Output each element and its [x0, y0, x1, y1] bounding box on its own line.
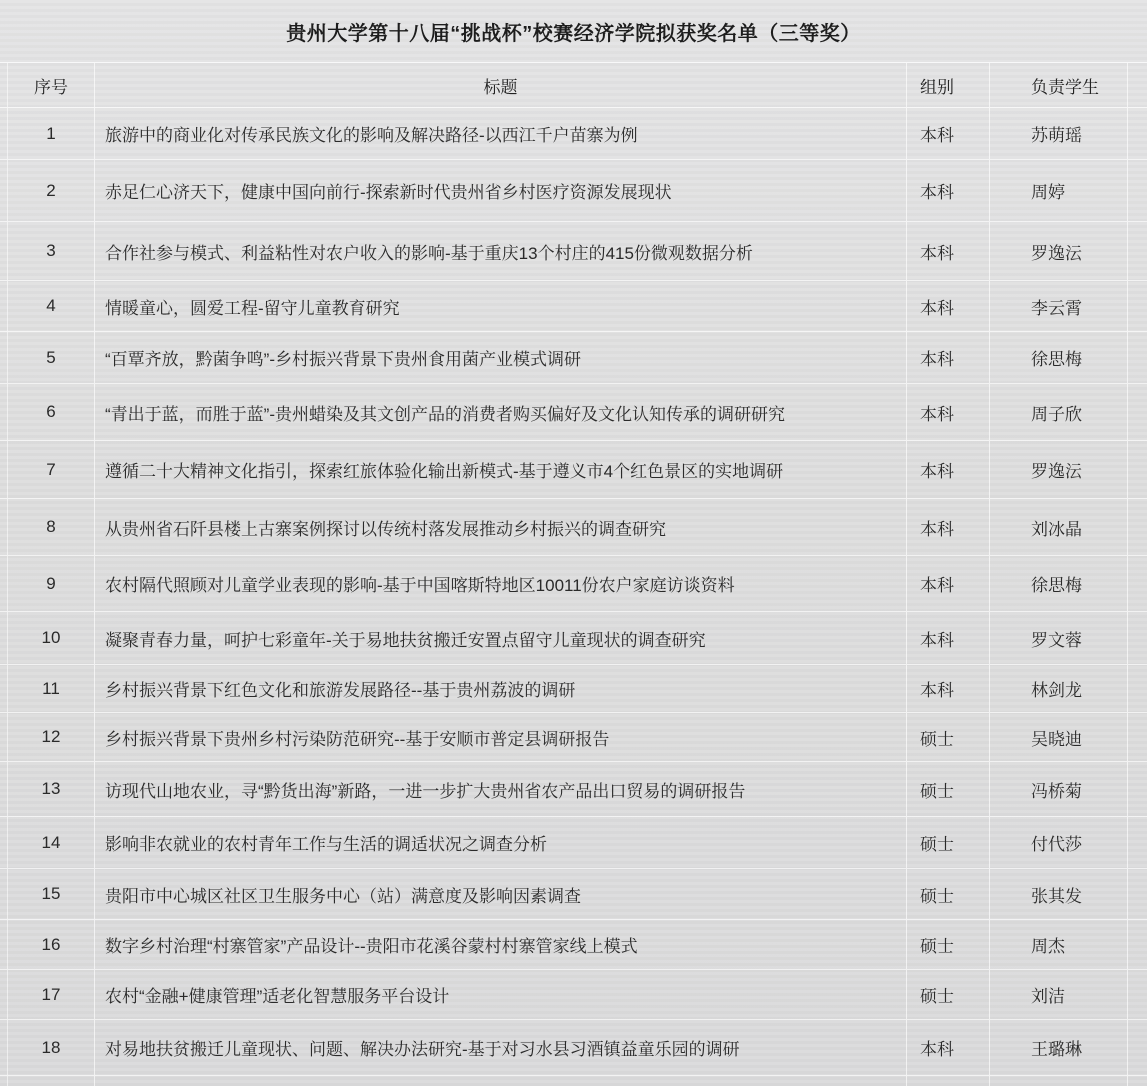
cell-title: 情暖童心，圆爱工程-留守儿童教育研究 — [95, 281, 907, 331]
left-margin-cell — [0, 441, 8, 498]
left-margin-cell — [0, 1020, 8, 1075]
left-margin-cell — [0, 63, 8, 107]
cell-group: 硕士 — [907, 920, 990, 969]
cell-group: 本科 — [907, 1020, 990, 1075]
cell-title: 对易地扶贫搬迁儿童现状、问题、解决办法研究-基于对习水县习酒镇益童乐园的调研 — [95, 1020, 907, 1075]
left-margin-cell — [0, 108, 8, 159]
left-margin-cell — [0, 281, 8, 331]
left-margin-cell — [0, 384, 8, 440]
cell-group: 本科 — [907, 281, 990, 331]
cell-student: 苏萌瑶 — [990, 108, 1128, 159]
cell-index: 17 — [8, 970, 95, 1019]
cell-title: “百覃齐放，黔菌争鸣”-乡村振兴背景下贵州食用菌产业模式调研 — [95, 332, 907, 383]
cell-index: 6 — [8, 384, 95, 440]
cell-index: 2 — [8, 160, 95, 221]
right-margin-cell — [1128, 222, 1147, 280]
cell-student: 徐思梅 — [990, 332, 1128, 383]
table-row: 14 影响非农就业的农村青年工作与生活的调适状况之调查分析 硕士 付代莎 — [0, 817, 1147, 869]
cell-student: 冯桥菊 — [990, 762, 1128, 816]
cell-student: 吴晓迪 — [990, 713, 1128, 761]
cell-group: 本科 — [907, 665, 990, 712]
column-header-student: 负责学生 — [990, 63, 1128, 107]
left-margin-cell — [0, 222, 8, 280]
right-margin-cell — [1128, 332, 1147, 383]
cell-title: 访现代山地农业，寻“黔货出海”新路，一进一步扩大贵州省农产品出口贸易的调研报告 — [95, 762, 907, 816]
cell-title: 乡村振兴背景下红色文化和旅游发展路径--基于贵州荔波的调研 — [95, 665, 907, 712]
cell-index: 12 — [8, 713, 95, 761]
right-margin-cell — [1128, 281, 1147, 331]
cell-student: 林剑龙 — [990, 665, 1128, 712]
left-margin-cell — [0, 665, 8, 712]
table-row: 3 合作社参与模式、利益粘性对农户收入的影响-基于重庆13个村庄的415份微观数… — [0, 222, 1147, 281]
cell-group — [907, 1076, 990, 1086]
award-list-sheet: 贵州大学第十八届“挑战杯”校赛经济学院拟获奖名单（三等奖） 序号 标题 组别 负… — [0, 0, 1147, 1086]
left-margin-cell — [0, 713, 8, 761]
cell-student: 付代莎 — [990, 817, 1128, 868]
cell-group: 硕士 — [907, 762, 990, 816]
column-header-title: 标题 — [95, 63, 907, 107]
cell-index: 18 — [8, 1020, 95, 1075]
cell-index: 3 — [8, 222, 95, 280]
cell-student: 罗文蓉 — [990, 612, 1128, 664]
table-row: 1 旅游中的商业化对传承民族文化的影响及解决路径-以西江千户苗寨为例 本科 苏萌… — [0, 108, 1147, 160]
table-row: 18 对易地扶贫搬迁儿童现状、问题、解决办法研究-基于对习水县习酒镇益童乐园的调… — [0, 1020, 1147, 1076]
cell-group: 硕士 — [907, 817, 990, 868]
cell-index — [8, 1076, 95, 1086]
right-margin-cell — [1128, 1020, 1147, 1075]
right-margin-cell — [1128, 713, 1147, 761]
cell-title: 乡村振兴背景下贵州乡村污染防范研究--基于安顺市普定县调研报告 — [95, 713, 907, 761]
cell-student: 罗逸沄 — [990, 441, 1128, 498]
cell-group: 本科 — [907, 160, 990, 221]
table-row: 7 遵循二十大精神文化指引，探索红旅体验化输出新模式-基于遵义市4个红色景区的实… — [0, 441, 1147, 499]
cell-title: 农村“金融+健康管理”适老化智慧服务平台设计 — [95, 970, 907, 1019]
cell-index: 8 — [8, 499, 95, 555]
cell-student: 刘冰晶 — [990, 499, 1128, 555]
cell-title: 凝聚青春力量，呵护七彩童年-关于易地扶贫搬迁安置点留守儿童现状的调查研究 — [95, 612, 907, 664]
cell-student: 周婷 — [990, 160, 1128, 221]
cell-group: 本科 — [907, 441, 990, 498]
table-row: 4 情暖童心，圆爱工程-留守儿童教育研究 本科 李云霄 — [0, 281, 1147, 332]
cell-student: 周子欣 — [990, 384, 1128, 440]
cell-title: 旅游中的商业化对传承民族文化的影响及解决路径-以西江千户苗寨为例 — [95, 108, 907, 159]
cell-group: 本科 — [907, 499, 990, 555]
cell-title: 数字乡村治理“村寨管家”产品设计--贵阳市花溪谷蒙村村寨管家线上模式 — [95, 920, 907, 969]
right-margin-cell — [1128, 108, 1147, 159]
title-band: 贵州大学第十八届“挑战杯”校赛经济学院拟获奖名单（三等奖） — [0, 0, 1147, 62]
cell-index: 7 — [8, 441, 95, 498]
cell-student: 周杰 — [990, 920, 1128, 969]
table-header-row: 序号 标题 组别 负责学生 — [0, 62, 1147, 108]
cell-student — [990, 1076, 1128, 1086]
left-margin-cell — [0, 612, 8, 664]
right-margin-cell — [1128, 665, 1147, 712]
cell-student: 刘洁 — [990, 970, 1128, 1019]
cell-group: 硕士 — [907, 970, 990, 1019]
table-row: 2 赤足仁心济天下，健康中国向前行-探索新时代贵州省乡村医疗资源发展现状 本科 … — [0, 160, 1147, 222]
left-margin-cell — [0, 970, 8, 1019]
right-margin-cell — [1128, 920, 1147, 969]
right-margin-cell — [1128, 63, 1147, 107]
cell-group: 本科 — [907, 384, 990, 440]
right-margin-cell — [1128, 869, 1147, 919]
left-margin-cell — [0, 817, 8, 868]
table-row: 17 农村“金融+健康管理”适老化智慧服务平台设计 硕士 刘洁 — [0, 970, 1147, 1020]
column-header-group: 组别 — [907, 63, 990, 107]
right-margin-cell — [1128, 160, 1147, 221]
cell-index: 14 — [8, 817, 95, 868]
left-margin-cell — [0, 556, 8, 611]
cell-student: 李云霄 — [990, 281, 1128, 331]
left-margin-cell — [0, 499, 8, 555]
cell-index: 16 — [8, 920, 95, 969]
cell-index: 5 — [8, 332, 95, 383]
table-row: 11 乡村振兴背景下红色文化和旅游发展路径--基于贵州荔波的调研 本科 林剑龙 — [0, 665, 1147, 713]
cell-group: 硕士 — [907, 713, 990, 761]
table-row: 16 数字乡村治理“村寨管家”产品设计--贵阳市花溪谷蒙村村寨管家线上模式 硕士… — [0, 920, 1147, 970]
left-margin-cell — [0, 1076, 8, 1086]
table-body: 1 旅游中的商业化对传承民族文化的影响及解决路径-以西江千户苗寨为例 本科 苏萌… — [0, 108, 1147, 1076]
cell-group: 本科 — [907, 332, 990, 383]
cell-index: 10 — [8, 612, 95, 664]
cell-group: 本科 — [907, 108, 990, 159]
right-margin-cell — [1128, 612, 1147, 664]
left-margin-cell — [0, 762, 8, 816]
cell-group: 本科 — [907, 556, 990, 611]
right-margin-cell — [1128, 1076, 1147, 1086]
cell-group: 硕士 — [907, 869, 990, 919]
cell-index: 1 — [8, 108, 95, 159]
table-row: 9 农村隔代照顾对儿童学业表现的影响-基于中国喀斯特地区10011份农户家庭访谈… — [0, 556, 1147, 612]
cell-title: 从贵州省石阡县楼上古寨案例探讨以传统村落发展推动乡村振兴的调查研究 — [95, 499, 907, 555]
table-row: 6 “青出于蓝，而胜于蓝”-贵州蜡染及其文创产品的消费者购买偏好及文化认知传承的… — [0, 384, 1147, 441]
cell-title: 农村隔代照顾对儿童学业表现的影响-基于中国喀斯特地区10011份农户家庭访谈资料 — [95, 556, 907, 611]
cell-student: 张其发 — [990, 869, 1128, 919]
cell-student: 王璐琳 — [990, 1020, 1128, 1075]
cell-index: 13 — [8, 762, 95, 816]
table-row: 13 访现代山地农业，寻“黔货出海”新路，一进一步扩大贵州省农产品出口贸易的调研… — [0, 762, 1147, 817]
table-row: 15 贵阳市中心城区社区卫生服务中心（站）满意度及影响因素调查 硕士 张其发 — [0, 869, 1147, 920]
cell-index: 9 — [8, 556, 95, 611]
right-margin-cell — [1128, 817, 1147, 868]
left-margin-cell — [0, 160, 8, 221]
cell-title: 合作社参与模式、利益粘性对农户收入的影响-基于重庆13个村庄的415份微观数据分… — [95, 222, 907, 280]
right-margin-cell — [1128, 970, 1147, 1019]
left-margin-cell — [0, 869, 8, 919]
cell-student: 罗逸沄 — [990, 222, 1128, 280]
table-row: 10 凝聚青春力量，呵护七彩童年-关于易地扶贫搬迁安置点留守儿童现状的调查研究 … — [0, 612, 1147, 665]
table-row: 5 “百覃齐放，黔菌争鸣”-乡村振兴背景下贵州食用菌产业模式调研 本科 徐思梅 — [0, 332, 1147, 384]
table-row: 12 乡村振兴背景下贵州乡村污染防范研究--基于安顺市普定县调研报告 硕士 吴晓… — [0, 713, 1147, 762]
column-header-index: 序号 — [8, 63, 95, 107]
cell-group: 本科 — [907, 222, 990, 280]
cell-index: 15 — [8, 869, 95, 919]
cell-student: 徐思梅 — [990, 556, 1128, 611]
cell-group: 本科 — [907, 612, 990, 664]
cell-title: 贵阳市中心城区社区卫生服务中心（站）满意度及影响因素调查 — [95, 869, 907, 919]
page-title: 贵州大学第十八届“挑战杯”校赛经济学院拟获奖名单（三等奖） — [286, 17, 861, 46]
cell-index: 4 — [8, 281, 95, 331]
partial-next-row — [0, 1076, 1147, 1086]
cell-title: “青出于蓝，而胜于蓝”-贵州蜡染及其文创产品的消费者购买偏好及文化认知传承的调研… — [95, 384, 907, 440]
left-margin-cell — [0, 332, 8, 383]
cell-title: 遵循二十大精神文化指引，探索红旅体验化输出新模式-基于遵义市4个红色景区的实地调… — [95, 441, 907, 498]
right-margin-cell — [1128, 762, 1147, 816]
cell-title: 影响非农就业的农村青年工作与生活的调适状况之调查分析 — [95, 817, 907, 868]
cell-title — [95, 1076, 907, 1086]
right-margin-cell — [1128, 384, 1147, 440]
cell-index: 11 — [8, 665, 95, 712]
right-margin-cell — [1128, 499, 1147, 555]
cell-title: 赤足仁心济天下，健康中国向前行-探索新时代贵州省乡村医疗资源发展现状 — [95, 160, 907, 221]
right-margin-cell — [1128, 441, 1147, 498]
table-row: 8 从贵州省石阡县楼上古寨案例探讨以传统村落发展推动乡村振兴的调查研究 本科 刘… — [0, 499, 1147, 556]
left-margin-cell — [0, 920, 8, 969]
right-margin-cell — [1128, 556, 1147, 611]
